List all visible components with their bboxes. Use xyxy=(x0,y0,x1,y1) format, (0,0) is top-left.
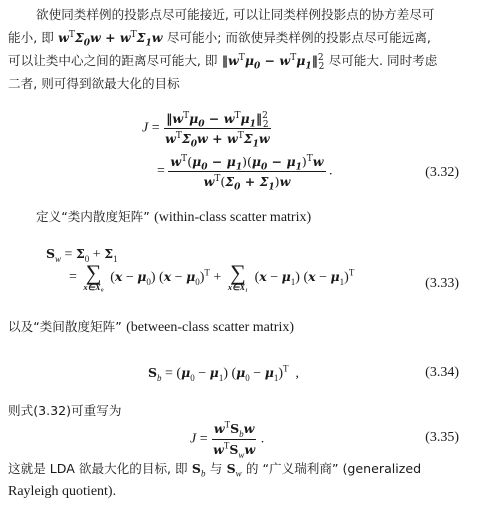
lhs-J: J xyxy=(190,432,196,447)
text: 尽可能小; 而欲使异类样例的投影点尽可能远离, xyxy=(167,30,431,45)
text: 定义 xyxy=(36,209,61,224)
text: 欲使同类样例的投影点尽可能接近, 可以让同类样例投影点的协方差尽可 xyxy=(36,7,434,22)
text: 以及 xyxy=(8,319,33,334)
numerator: wT(μ0 − μ1)(μ0 − μ1)Tw xyxy=(168,153,325,172)
text: 二者, 则可得到欲最大化的目标 xyxy=(8,76,180,91)
english-term: (between-class scatter matrix) xyxy=(126,320,294,335)
equation-number-3-32: (3.32) xyxy=(425,165,459,181)
period: . xyxy=(329,164,333,179)
definition-within-class: 定义“类内散度矩阵” (within-class scatter matrix) xyxy=(36,208,311,227)
equals: = xyxy=(157,164,165,179)
conclusion-line-1: 这就是 LDA 欲最大化的目标, 即 Sb 与 Sw 的 “广义瑞利商” (ge… xyxy=(8,460,421,479)
denominator: wTSww xyxy=(211,440,257,459)
equation-3-33-row-2: = ∑x∈X₀ (x − μ0) (x − μ0)T + ∑x∈X₁ (x − … xyxy=(69,263,354,292)
period: . xyxy=(261,432,265,447)
equation-3-32-row-2: = wT(μ0 − μ1)(μ0 − μ1)Tw wT(Σ0 + Σ1)w . xyxy=(157,153,333,190)
english-term: (within-class scatter matrix) xyxy=(154,210,311,225)
summation-x-in-X1: ∑x∈X₁ xyxy=(228,263,248,292)
term: “类间散度矩阵” xyxy=(33,319,122,334)
equation-number-3-34: (3.34) xyxy=(425,365,459,381)
equation-3-33-row-1: Sw = Σ0 + Σ1 xyxy=(46,246,118,263)
paragraph-1-line-3: 可以让类中心之间的距离尽可能大, 即 ‖wTμ0 − wTμ1‖22 尽可能大.… xyxy=(8,52,437,71)
denominator: wTΣ0w + wTΣ1w xyxy=(163,129,271,147)
paragraph-1-line-4: 二者, 则可得到欲最大化的目标 xyxy=(8,75,180,94)
inline-math-within-variance: wTΣ0w + wTΣ1w xyxy=(58,30,162,45)
lhs-J: J xyxy=(142,121,148,136)
text: 则式(3.32)可重写为 xyxy=(8,403,121,418)
inline-math-center-distance: ‖wTμ0 − wTμ1‖22 xyxy=(222,53,325,68)
text: 可以让类中心之间的距离尽可能大, 即 xyxy=(8,53,218,68)
math-Sb: Sb xyxy=(192,462,206,477)
text: 与 xyxy=(210,461,223,476)
definition-between-class: 以及“类间散度矩阵” (between-class scatter matrix… xyxy=(8,318,294,337)
conclusion-line-2: Rayleigh quotient). xyxy=(8,483,116,501)
equation-3-34: Sb = (μ0 − μ1) (μ0 − μ1)T , xyxy=(148,365,299,382)
math-Sw: Sw xyxy=(227,462,242,477)
text: 能小, 即 xyxy=(8,30,54,45)
text: 这就是 LDA 欲最大化的目标, 即 xyxy=(8,461,188,476)
paragraph-1-line-1: 欲使同类样例的投影点尽可能接近, 可以让同类样例投影点的协方差尽可 xyxy=(36,6,434,25)
denominator: wT(Σ0 + Σ1)w xyxy=(202,172,293,190)
summation-x-in-X0: ∑x∈X₀ xyxy=(83,263,103,292)
text: Rayleigh quotient). xyxy=(8,484,116,499)
term: “类内散度矩阵” xyxy=(61,209,150,224)
fraction: wT(μ0 − μ1)(μ0 − μ1)Tw wT(Σ0 + Σ1)w xyxy=(168,153,325,190)
equation-number-3-33: (3.33) xyxy=(425,276,459,292)
fraction: wTSbw wTSww xyxy=(211,420,257,459)
equation-3-35: J = wTSbw wTSww . xyxy=(190,420,264,459)
fraction: ‖wTμ0 − wTμ1‖22 wTΣ0w + wTΣ1w xyxy=(163,110,271,147)
numerator: wTSbw xyxy=(212,420,257,440)
equation-number-3-35: (3.35) xyxy=(425,430,459,446)
rewrite-sentence: 则式(3.32)可重写为 xyxy=(8,402,121,421)
equation-3-32-row-1: J = ‖wTμ0 − wTμ1‖22 wTΣ0w + wTΣ1w xyxy=(142,110,272,147)
text: 尽可能大. 同时考虑 xyxy=(329,53,438,68)
paragraph-1-line-2: 能小, 即 wTΣ0w + wTΣ1w 尽可能小; 而欲使异类样例的投影点尽可能… xyxy=(8,29,431,48)
text: 的 “广义瑞利商” (generalized xyxy=(246,461,421,476)
numerator: ‖wTμ0 − wTμ1‖22 xyxy=(164,110,271,129)
